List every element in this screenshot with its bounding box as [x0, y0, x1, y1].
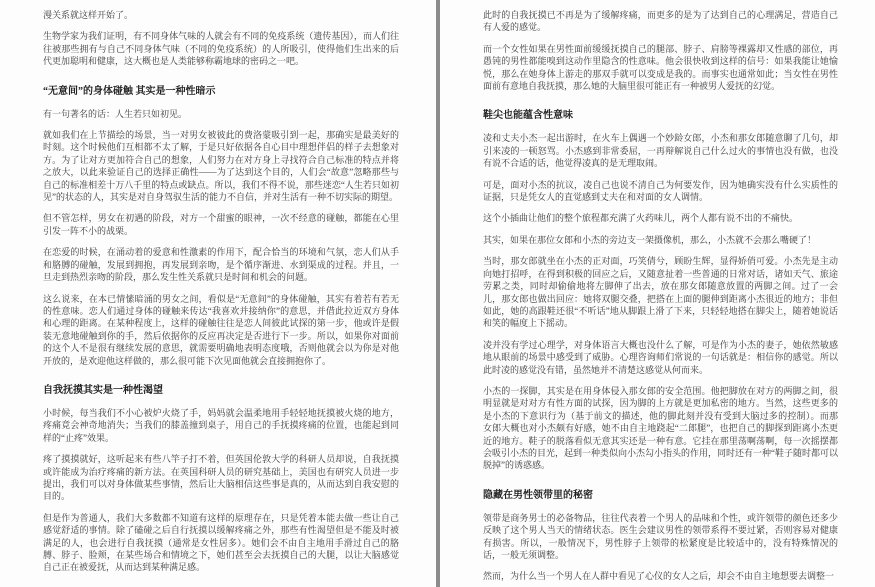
paragraph: 这个小插曲让他们的整个旅程都充满了火药味儿，两个人都有说不出的不痛快。 [483, 212, 838, 224]
paragraph: 而一个女性如果在男性面前缓缓抚摸自己的腿部、脖子、肩膀等裸露却又性感的部位，再愚… [483, 43, 838, 93]
paragraph: 小杰的一探脚，其实是在用身体侵入那女郎的安全范围。他把脚放在对方的两脚之间，很明… [483, 385, 838, 472]
paragraph: 可是，面对小杰的抗议，凌自己也说不清自己为何要发作，因为她确实没有什么实质性的证… [483, 179, 838, 204]
paragraph: 此时的自我抚摸已不再是为了缓解疼痛，而更多的是为了达到自己的心理满足，营造自己有… [483, 9, 838, 34]
paragraph: 凌并没有学过心理学，对身体语言大概也没什么了解，可是作为小杰的妻子，她依然敏感地… [483, 339, 838, 376]
paragraph: 就如我们在上节描绘的场景，当一对男女被彼此的费洛蒙吸引到一起，那确实是最美好的时… [43, 129, 399, 203]
paragraph: 疼了摸摸就好，这听起来有些八竿子打不着，但英国伦敦大学的科研人员却说，自我抚摸或… [43, 453, 399, 503]
paragraph: 漫关系就这样开始了。 [43, 9, 399, 21]
paragraph: 但是作为普通人，我们大多数都不知道有这样的原理存在，只是凭着本能去做一些让自己感… [43, 512, 399, 574]
paragraph: 在恋爱的时候，在涌动着的爱意和性激素的作用下，配合恰当的环境和气氛，恋人们从手和… [43, 246, 399, 283]
paragraph: 领带是商务男士的必备物品，往往代表着一个男人的品味和个性，或许领带的颜色还多少反… [483, 512, 838, 562]
paragraph: 当时，那女郎就坐在小杰的正对面，巧笑倩兮，顾盼生辉，显得娇俏可爱。小杰先是主动向… [483, 255, 838, 329]
paragraph: 但不管怎样，男女在初遇的阶段，对方一个甜蜜的眼神，一次不经意的碰触，都能在心里引… [43, 212, 399, 237]
section-heading: 鞋尖也能蕴含性意味 [483, 109, 838, 122]
paragraph: 这么说来，在本已情愫暗涌的男女之间，看似是“无意间”的身体碰触，其实有着若有若无… [43, 293, 399, 367]
paragraph: 小时候，每当我们不小心被炉火烧了手，妈妈就会温柔地用手轻轻地抚摸被火烧的地方，疼… [43, 407, 399, 444]
paragraph: 生物学家为我们证明，有不同身体气味的人就会有不同的免疫系统（遗传基因），而人们往… [43, 30, 399, 67]
paragraph: 有一句著名的话：人生若只如初见。 [43, 108, 399, 120]
page-right: 此时的自我抚摸已不再是为了缓解疼痛，而更多的是为了达到自己的心理满足，营造自己有… [440, 0, 875, 587]
paragraph: 然而，为什么当一个男人在人群中看见了心仪的女人之后，却会不由自主地想要去调整一 [483, 570, 838, 582]
section-heading: 自我抚摸其实是一种性渴望 [43, 384, 399, 397]
paragraph: 其实，如果在那位女郎和小杰的旁边支一架摄像机，那么，小杰就不会那么嘴硬了！ [483, 234, 838, 246]
section-heading: 隐藏在男性领带里的秘密 [483, 489, 838, 502]
ebook-reader-spread: 漫关系就这样开始了。生物学家为我们证明，有不同身体气味的人就会有不同的免疫系统（… [0, 0, 875, 587]
paragraph: 凌和丈夫小杰一起出游时，在火车上偶遇一个妙龄女郎，小杰和那女郎随意聊了几句，却引… [483, 132, 838, 169]
page-left: 漫关系就这样开始了。生物学家为我们证明，有不同身体气味的人就会有不同的免疫系统（… [0, 0, 436, 587]
section-heading: “无意间”的身体碰触 其实是一种性暗示 [43, 85, 399, 98]
